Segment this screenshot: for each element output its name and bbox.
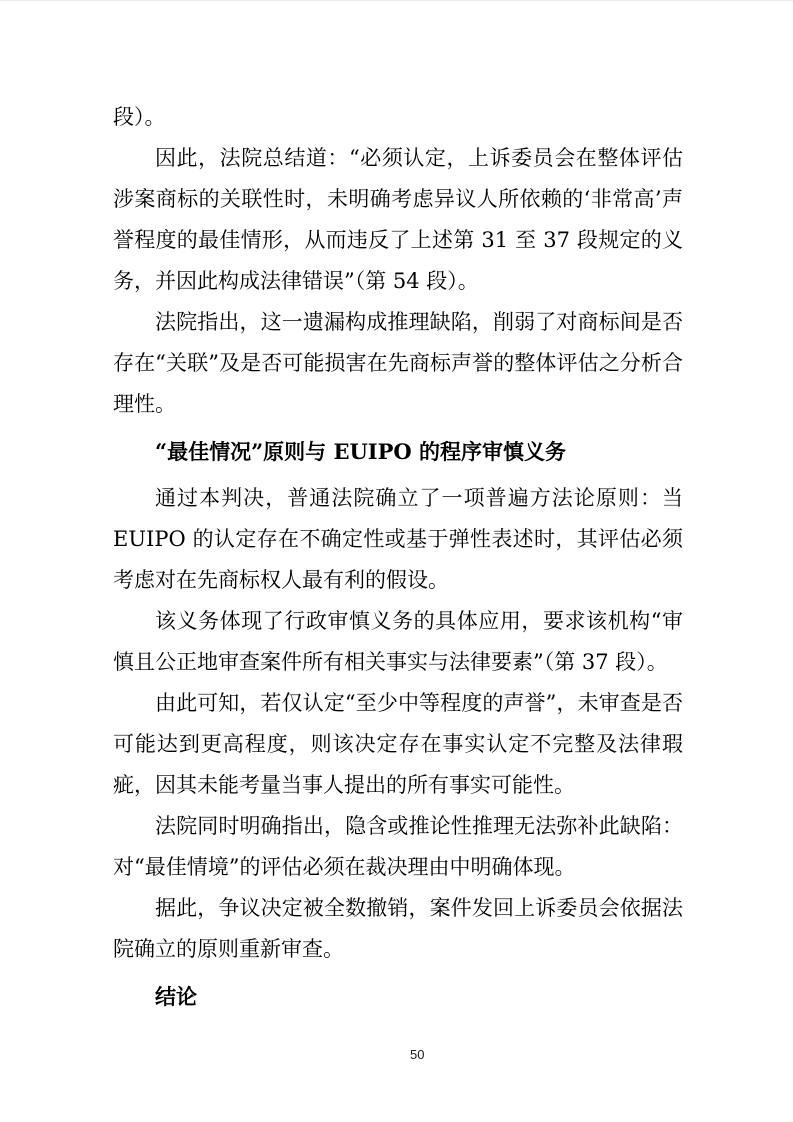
paragraph-court-conclusion: 因此，法院总结道：“必须认定，上诉委员会在整体评估涉案商标的关联性时，未明确考虑… [113,138,683,302]
paragraph-continuation: 段）。 [113,97,683,138]
page-top-edge [0,0,793,1]
section-heading-conclusion: 结论 [113,976,683,1017]
document-page: { "document": { "page_number": "50", "co… [0,0,793,1122]
paragraph-explicit-reasoning-required: 法院同时明确指出，隐含或推论性推理无法弥补此缺陷：对“最佳情境”的评估必须在裁决… [113,806,683,888]
paragraph-reasoning-defect: 法院指出，这一遗漏构成推理缺陷，削弱了对商标间是否存在“关联”及是否可能损害在先… [113,302,683,425]
paragraph-methodological-principle: 通过本判决，普通法院确立了一项普遍方法论原则：当 EUIPO 的认定存在不确定性… [113,478,683,601]
section-heading-best-case-principle: “最佳情况”原则与 EUIPO 的程序审慎义务 [113,431,683,472]
paragraph-decision-annulled: 据此，争议决定被全数撤销，案件发回上诉委员会依据法院确立的原则重新审查。 [113,888,683,970]
paragraph-incomplete-finding: 由此可知，若仅认定“至少中等程度的声誉”，未审查是否可能达到更高程度，则该决定存… [113,683,683,806]
page-number: 50 [410,1047,424,1062]
paragraph-duty-of-diligence: 该义务体现了行政审慎义务的具体应用，要求该机构“审慎且公正地审查案件所有相关事实… [113,601,683,683]
document-text-block: 段）。 因此，法院总结道：“必须认定，上诉委员会在整体评估涉案商标的关联性时，未… [113,97,683,1023]
